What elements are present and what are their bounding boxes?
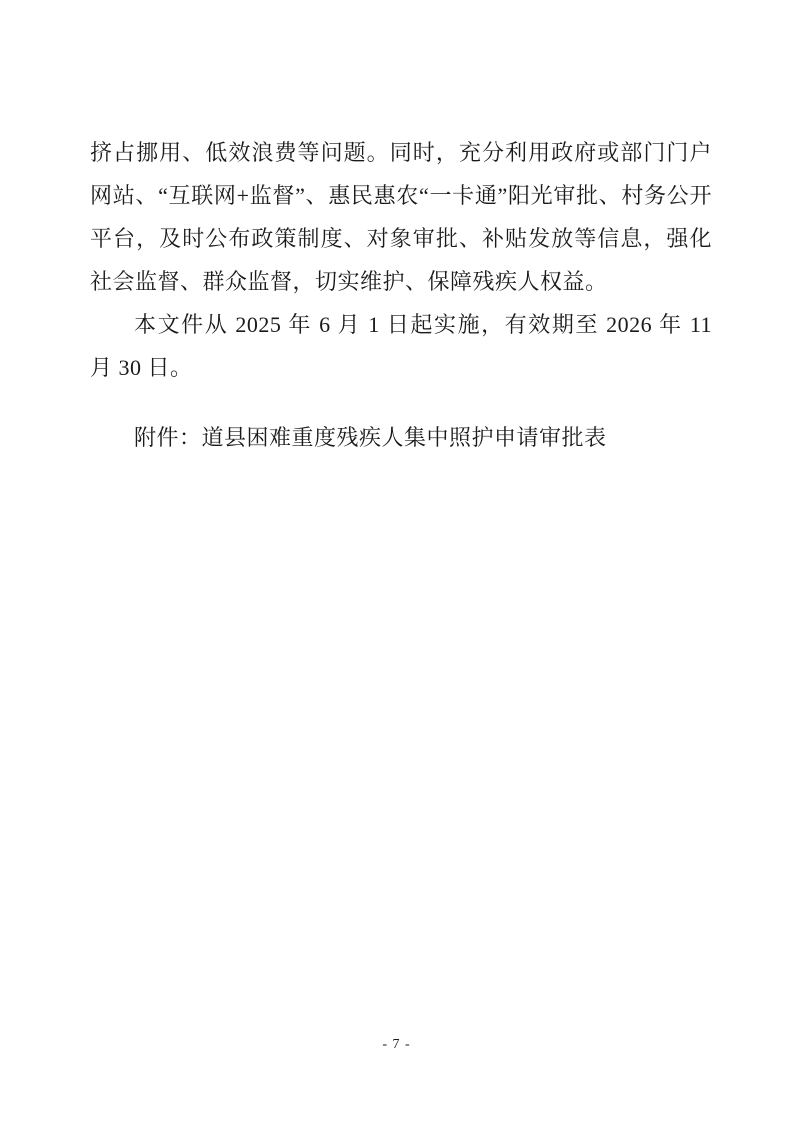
effective-date-paragraph: 本文件从 2025 年 6 月 1 日起实施，有效期至 2026 年 11 月 … <box>90 303 712 389</box>
document-page: 挤占挪用、低效浪费等问题。同时，充分利用政府或部门门户网站、“互联网+监督”、惠… <box>0 0 793 1122</box>
body-paragraph-continuation: 挤占挪用、低效浪费等问题。同时，充分利用政府或部门门户网站、“互联网+监督”、惠… <box>90 131 712 303</box>
page-number: - 7 - <box>0 1036 793 1054</box>
attachment-line: 附件：道县困难重度残疾人集中照护申请审批表 <box>90 416 712 459</box>
document-body: 挤占挪用、低效浪费等问题。同时，充分利用政府或部门门户网站、“互联网+监督”、惠… <box>90 131 712 459</box>
